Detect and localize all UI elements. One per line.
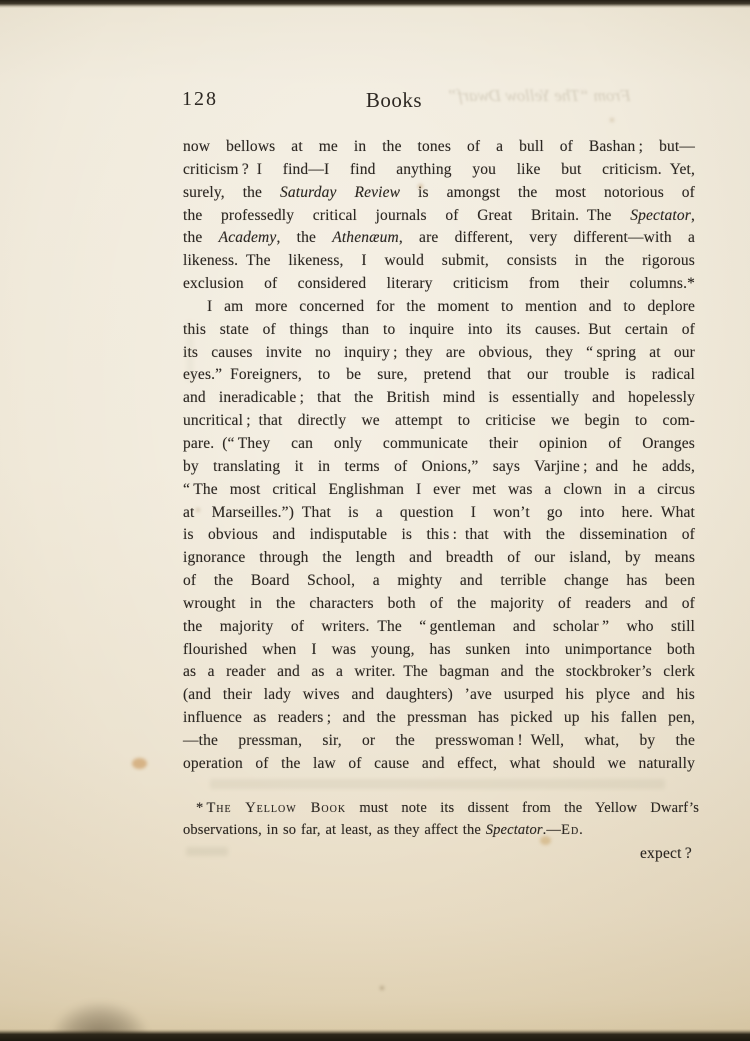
running-title: Books <box>19 88 750 113</box>
text-line: by translating it in terms of Onions,” s… <box>183 456 695 479</box>
text-line: wrought in the characters both of the ma… <box>183 593 695 616</box>
text-line: uncritical ; that directly we attempt to… <box>183 410 695 433</box>
foxing-spot <box>132 758 147 769</box>
show-through-mark <box>186 847 228 856</box>
text-line: surely, the Saturday Review is amongst t… <box>183 182 695 205</box>
text-line: is obvious and indisputable is this : th… <box>183 524 695 547</box>
text-line: pare. (“ They can only communicate their… <box>183 433 695 456</box>
text-line: I am more concerned for the moment to me… <box>183 296 695 319</box>
text-line: operation of the law of cause and effect… <box>183 753 695 776</box>
footnote-line: * The Yellow Book must note its dissent … <box>183 797 699 819</box>
text-line: “ The most critical Englishman I ever me… <box>183 479 695 502</box>
footnote-block: * The Yellow Book must note its dissent … <box>183 797 699 841</box>
text-line: (and their lady wives and daughters) ’av… <box>183 684 695 707</box>
text-line: its causes invite no inquiry ; they are … <box>183 342 695 365</box>
text-line: the majority of writers. The “ gentleman… <box>183 616 695 639</box>
text-line: eyes.” Foreigners, to be sure, pretend t… <box>183 364 695 387</box>
page-header: 128 Books <box>0 88 750 118</box>
foxing-spot <box>196 508 200 512</box>
show-through-line <box>210 779 665 789</box>
text-line: ignorance through the length and breadth… <box>183 547 695 570</box>
text-line: influence as readers ; and the pressman … <box>183 707 695 730</box>
text-line: flourished when I was young, has sunken … <box>183 639 695 662</box>
foxing-spot <box>418 184 423 189</box>
text-line: at Marseilles.”) That is a question I wo… <box>183 502 695 525</box>
text-line: and ineradicable ; that the British mind… <box>183 387 695 410</box>
text-line: the Academy, the Athenæum, are different… <box>183 227 695 250</box>
footnote-line: observations, in so far, at least, as th… <box>183 819 699 841</box>
text-line: —the pressman, sir, or the presswoman ! … <box>183 730 695 753</box>
foxing-spot <box>380 986 384 990</box>
text-line: criticism ? I find—I find anything you l… <box>183 159 695 182</box>
catchword: expect ? <box>640 845 692 863</box>
text-line: the professedly critical journals of Gre… <box>183 205 695 228</box>
text-line: now bellows at me in the tones of a bull… <box>183 136 695 159</box>
foxing-spot <box>610 118 614 122</box>
text-line: this state of things than to inquire int… <box>183 319 695 342</box>
text-block: now bellows at me in the tones of a bull… <box>183 136 695 776</box>
scan-edge-top <box>0 0 750 8</box>
foxing-spot <box>540 836 551 845</box>
text-line: of the Board School, a mighty and terrib… <box>183 570 695 593</box>
scan-edge-bottom <box>0 1029 750 1041</box>
text-line: exclusion of considered literary critici… <box>183 273 695 296</box>
text-line: likeness. The likeness, I would submit, … <box>183 250 695 273</box>
show-through-mark <box>186 322 194 382</box>
text-line: as a reader and as a writer. The bagman … <box>183 661 695 684</box>
